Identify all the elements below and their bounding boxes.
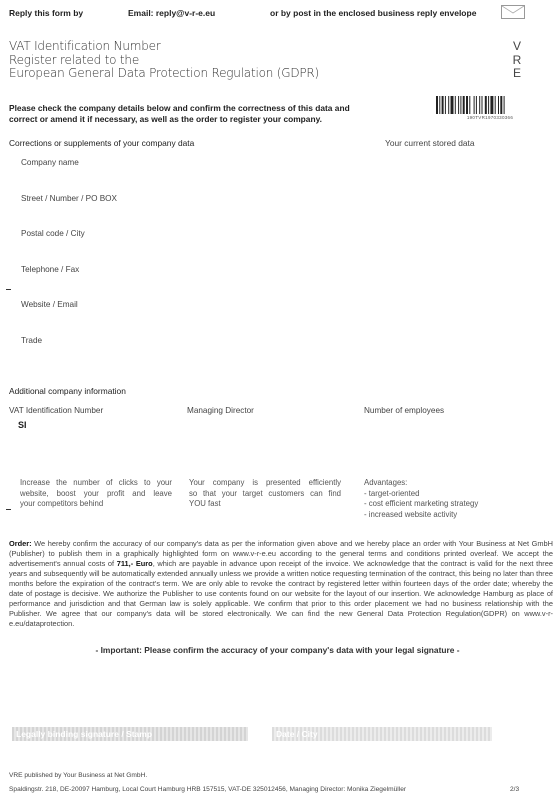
footer-address: Spaldingstr. 218, DE-20097 Hamburg, Loca… <box>9 786 406 793</box>
logo-letter: E <box>511 67 523 81</box>
envelope-icon <box>501 5 525 19</box>
logo-letter: R <box>511 54 523 68</box>
order-terms: Order: We hereby confirm the accuracy of… <box>9 539 553 629</box>
vat-number-value[interactable]: SI <box>18 420 27 430</box>
title-line: VAT Identification Number <box>9 40 319 54</box>
advantage-item: - increased website activity <box>364 510 544 521</box>
title-line: European General Data Protection Regulat… <box>9 67 319 81</box>
vre-logo: V R E <box>511 40 523 81</box>
employees-label[interactable]: Number of employees <box>364 406 444 415</box>
order-amount: 711,- Euro <box>117 559 153 568</box>
promo-line: Your company is presented efficiently <box>189 478 341 489</box>
date-city-field[interactable]: Date / City <box>272 727 492 741</box>
signature-field[interactable]: Legally binding signature / Stamp <box>12 727 248 741</box>
logo-letter: V <box>511 40 523 54</box>
field-street[interactable]: Street / Number / PO BOX <box>21 194 117 203</box>
field-telephone-fax[interactable]: Telephone / Fax <box>21 265 79 274</box>
promo-clicks: Increase the number of clicks to your we… <box>20 478 172 510</box>
field-website-email[interactable]: Website / Email <box>21 300 78 309</box>
field-postal-city[interactable]: Postal code / City <box>21 229 85 238</box>
footer-publisher: VRE published by Your Business at Net Gm… <box>9 772 147 779</box>
promo-line: website, boost your profit and leave <box>20 489 172 500</box>
intro-text: Please check the company details below a… <box>9 103 350 125</box>
field-company-name[interactable]: Company name <box>21 158 79 167</box>
order-text: , which are payable in advance upon rece… <box>9 559 553 628</box>
promo-line: so that your target customers can find <box>189 489 341 500</box>
title-line: Register related to the <box>9 54 319 68</box>
page-number: 2/3 <box>510 786 519 793</box>
reply-post-label: or by post in the enclosed business repl… <box>270 8 476 18</box>
punch-mark <box>6 509 11 510</box>
promo-line: YOU fast <box>189 499 341 510</box>
promo-presented: Your company is presented efficiently so… <box>189 478 341 510</box>
additional-heading: Additional company information <box>9 386 126 396</box>
advantage-item: - cost efficient marketing strategy <box>364 499 544 510</box>
corrections-heading: Corrections or supplements of your compa… <box>9 138 194 148</box>
stored-data-heading: Your current stored data <box>385 138 475 148</box>
order-label: Order: <box>9 539 32 548</box>
advantage-item: - target-oriented <box>364 489 544 500</box>
intro-line: Please check the company details below a… <box>9 103 350 114</box>
barcode-number: 190TVR1970330366 <box>440 115 540 120</box>
promo-line: Increase the number of clicks to your <box>20 478 172 489</box>
managing-director-label[interactable]: Managing Director <box>187 406 254 415</box>
reply-by-label: Reply this form by <box>9 8 83 18</box>
punch-mark <box>6 289 11 290</box>
reply-email[interactable]: Email: reply@v-r-e.eu <box>128 8 215 18</box>
intro-line: correct or amend it if necessary, as wel… <box>9 114 350 125</box>
vat-number-label: VAT Identification Number <box>9 406 103 415</box>
field-trade[interactable]: Trade <box>21 336 42 345</box>
promo-line: your competitors behind <box>20 499 172 510</box>
important-notice: - Important: Please confirm the accuracy… <box>0 645 555 655</box>
document-title: VAT Identification Number Register relat… <box>9 40 319 81</box>
barcode <box>436 96 542 114</box>
promo-advantages: Advantages: - target-oriented - cost eff… <box>364 478 544 520</box>
advantages-heading: Advantages: <box>364 478 544 489</box>
